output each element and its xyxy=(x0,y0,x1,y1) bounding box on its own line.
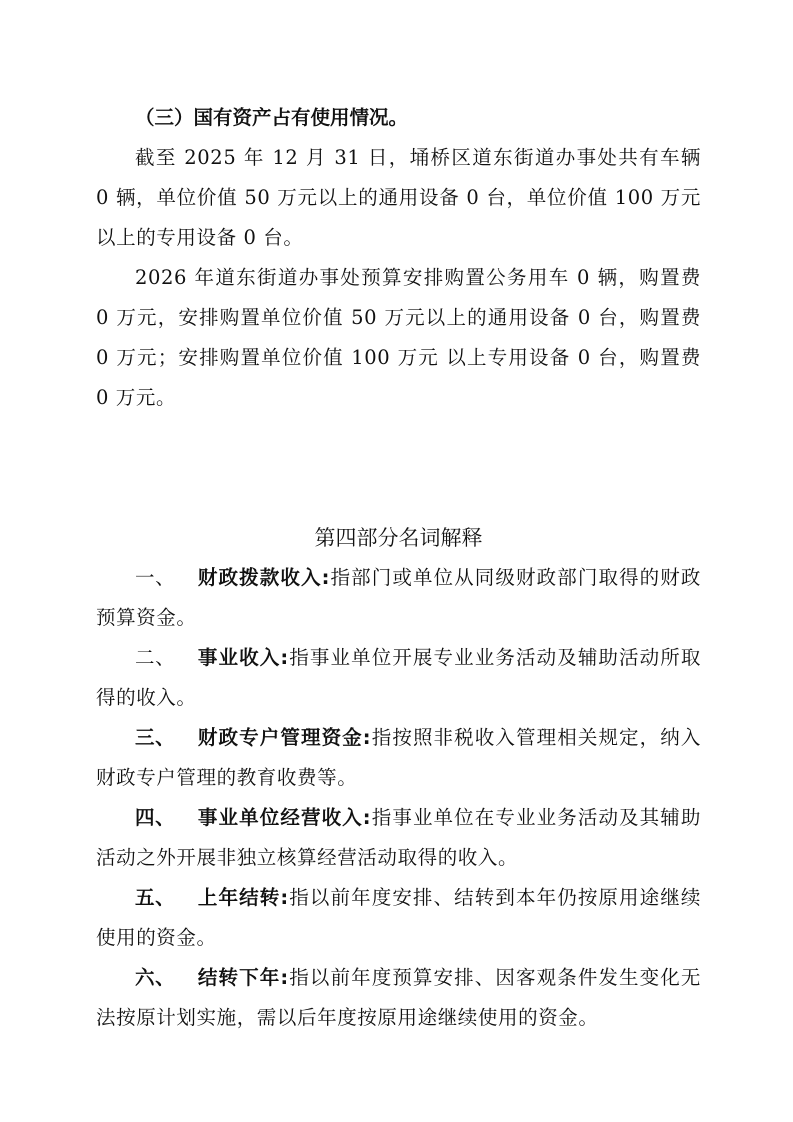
term-number: 一、 xyxy=(135,558,197,598)
part-title-glossary: 第四部分名词解释 xyxy=(96,518,701,558)
term-number: 五、 xyxy=(135,878,197,918)
term-name: 财政专户管理资金: xyxy=(197,726,371,749)
term-number: 六、 xyxy=(135,958,197,998)
glossary-item: 二、事业收入:指事业单位开展专业业务活动及辅助活动所取得的收入。 xyxy=(96,638,701,718)
term-name: 上年结转: xyxy=(197,886,288,909)
section-heading-state-assets: （三）国有资产占有使用情况。 xyxy=(96,98,701,138)
term-name: 财政拨款收入: xyxy=(197,566,330,589)
term-name: 事业收入: xyxy=(197,646,288,669)
glossary-item: 一、财政拨款收入:指部门或单位从同级财政部门取得的财政预算资金。 xyxy=(96,558,701,638)
section-spacer xyxy=(96,418,701,518)
glossary-item: 三、财政专户管理资金:指按照非税收入管理相关规定，纳入财政专户管理的教育收费等。 xyxy=(96,718,701,798)
glossary-item: 六、结转下年:指以前年度预算安排、因客观条件发生变化无法按原计划实施，需以后年度… xyxy=(96,958,701,1038)
term-number: 三、 xyxy=(135,718,197,758)
term-number: 二、 xyxy=(135,638,197,678)
term-number: 四、 xyxy=(135,798,197,838)
paragraph-asset-purchase-plan: 2026 年道东街道办事处预算安排购置公务用车 0 辆，购置费 0 万元，安排购… xyxy=(96,258,701,418)
document-page: （三）国有资产占有使用情况。 截至 2025 年 12 月 31 日，埇桥区道东… xyxy=(96,98,701,1038)
paragraph-asset-status: 截至 2025 年 12 月 31 日，埇桥区道东街道办事处共有车辆 0 辆，单… xyxy=(96,138,701,258)
term-name: 结转下年: xyxy=(197,966,288,989)
glossary-list: 一、财政拨款收入:指部门或单位从同级财政部门取得的财政预算资金。 二、事业收入:… xyxy=(96,558,701,1038)
glossary-item: 五、上年结转:指以前年度安排、结转到本年仍按原用途继续使用的资金。 xyxy=(96,878,701,958)
glossary-item: 四、事业单位经营收入:指事业单位在专业业务活动及其辅助活动之外开展非独立核算经营… xyxy=(96,798,701,878)
term-name: 事业单位经营收入: xyxy=(197,806,371,829)
